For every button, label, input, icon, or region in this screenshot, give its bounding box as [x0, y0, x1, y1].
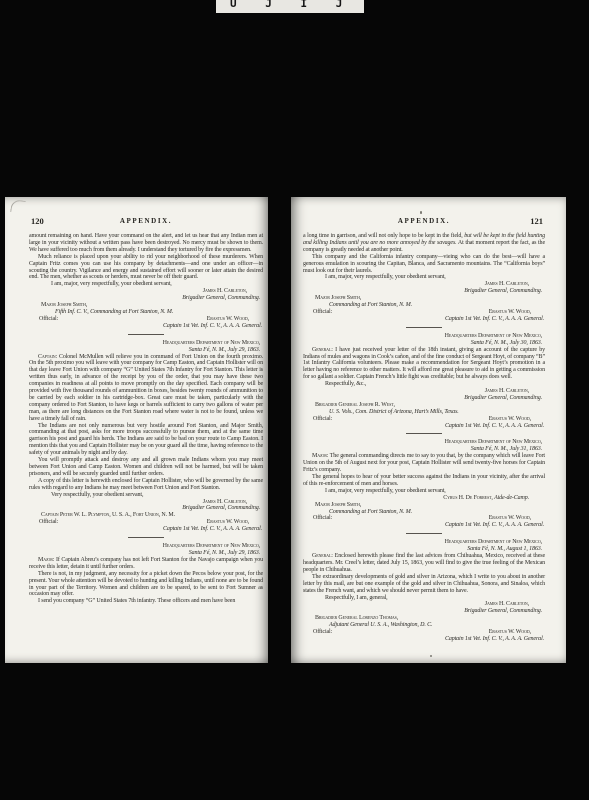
closing-line: I am, major, very respectfully, your obe… [303, 488, 545, 495]
addressee-line: Major Joseph Smith, [29, 302, 263, 309]
official-title: Captain 1st Vet. Inf. C. V., A. A. A. Ge… [332, 522, 545, 529]
official-attestation: Official:Erastus W. Wood,Captain 1st Vet… [303, 515, 545, 529]
signature-title: Brigadier General, Commanding. [303, 608, 545, 615]
text-run: I have just received your letter of the … [303, 347, 545, 381]
scan-speck [430, 655, 432, 657]
official-title: Captain 1st Vet. Inf. C. V., A. A. A. Ge… [332, 636, 545, 643]
scanned-book-spread: U J I J 120 APPENDIX. amount remaining o… [0, 0, 589, 800]
official-signature: Erastus W. Wood,Captain 1st Vet. Inf. C.… [332, 515, 545, 529]
text-run: amount remaining on hand. Have your comm… [29, 233, 263, 253]
paragraph: Major: The general commanding directs me… [303, 453, 545, 474]
addressee-line: Adjutant General U. S. A., Washington, D… [303, 622, 545, 629]
letterhead-date: Santa Fé, N. M., July 31, 1863. [303, 446, 542, 453]
official-signature: Erastus W. Wood,Captain 1st Vet. Inf. C.… [58, 519, 263, 533]
addressee-line: Brigadier General Lorenzo Thomas, [303, 615, 545, 622]
addressee-line: Commanding at Fort Stanton, N. M. [303, 302, 545, 309]
letterhead-date: Santa Fé, N. M., July 29, 1863. [29, 347, 260, 354]
official-attestation: Official:Erastus W. Wood,Captain 1st Vet… [303, 629, 545, 643]
text-run: The general hopes to hear of your better… [303, 474, 545, 487]
signature-title: Brigadier General, Commanding. [303, 395, 545, 402]
official-attestation: Official:Erastus W. Wood,Captain 1st Vet… [303, 309, 545, 323]
letterhead-line: Headquarters Department of New Mexico, [303, 333, 542, 340]
section-divider-rule [128, 537, 164, 538]
paragraph: Major: If Captain Abreu’s company has no… [29, 557, 263, 571]
addressee-line: Major Joseph Smith, [303, 295, 545, 302]
scan-artifact-corner [10, 199, 26, 214]
official-label: Official: [303, 309, 332, 316]
text-run: The Indians are not only numerous but ve… [29, 423, 263, 457]
text-run: Much reliance is placed upon your abilit… [29, 254, 263, 281]
addressee-line: Commanding at Fort Stanton, N. M. [303, 509, 545, 516]
letterhead-date: Santa Fé, N. M., July 30, 1863. [303, 340, 542, 347]
signature-block: James H. Carleton,Brigadier General, Com… [303, 388, 545, 402]
page-header-left: 120 APPENDIX. [29, 217, 263, 233]
text-run: Captain: [38, 354, 59, 360]
official-name: Erastus W. Wood, [332, 309, 545, 316]
paragraph: Captain: Colonel McMullen will relieve y… [29, 354, 263, 423]
official-attestation: Official:Erastus W. Wood,Captain 1st Vet… [29, 519, 263, 533]
letterhead-dateline: Headquarters Department of New Mexico,Sa… [29, 543, 263, 557]
signature-title: Brigadier General, Commanding. [303, 288, 545, 295]
text-run: General: [312, 553, 335, 559]
section-divider-rule [406, 327, 442, 328]
page-number-right: 121 [530, 216, 543, 226]
signature-block: James H. Carleton,Brigadier General, Com… [29, 288, 263, 302]
closing-line: Respectfully, &c., [303, 381, 545, 388]
letterhead-dateline: Headquarters Department of New Mexico,Sa… [29, 340, 263, 354]
signature-name: James H. Carleton, [303, 281, 545, 288]
addressee-block: Brigadier General Joseph R. West,U. S. V… [303, 402, 545, 416]
paragraph: Much reliance is placed upon your abilit… [29, 254, 263, 282]
paragraph: The Indians are not only numerous but ve… [29, 423, 263, 458]
signature-block: James H. Carleton,Brigadier General, Com… [303, 601, 545, 615]
addressee-line: Fifth Inf. C. V., Commanding at Fort Sta… [29, 309, 263, 316]
closing-line: Very respectfully, your obedient servant… [29, 492, 263, 499]
film-edge-marks: U J I J [230, 0, 364, 10]
text-run: The general commanding directs me to say… [303, 453, 545, 473]
closing-line: I am, major, very respectfully, your obe… [29, 281, 263, 288]
text-run: There is not, in my judgment, any necess… [29, 571, 263, 598]
text-run: A copy of this letter is herewith enclos… [29, 478, 263, 491]
official-name: Erastus W. Wood, [332, 416, 545, 423]
paragraph: General: I have just received your lette… [303, 347, 545, 382]
addressee-line: Brigadier General Joseph R. West, [303, 402, 545, 409]
paragraph: The extraordinary developments of gold a… [303, 574, 545, 595]
page-text-column-left: amount remaining on hand. Have your comm… [29, 233, 263, 605]
text-run: General: [312, 347, 335, 353]
addressee-block: Major Joseph Smith,Commanding at Fort St… [303, 502, 545, 516]
official-label: Official: [29, 519, 58, 526]
text-run: The extraordinary developments of gold a… [303, 574, 545, 594]
paragraph: The general hopes to hear of your better… [303, 474, 545, 488]
official-label: Official: [303, 629, 332, 636]
page-header-right: APPENDIX. 121 [303, 217, 545, 233]
paragraph: General: Enclosed herewith please find t… [303, 553, 545, 574]
signature-name: James H. Carleton, [303, 388, 545, 395]
addressee-block: Major Joseph Smith,Fifth Inf. C. V., Com… [29, 302, 263, 316]
official-signature: Erastus W. Wood,Captain 1st Vet. Inf. C.… [332, 416, 545, 430]
letterhead-line: Headquarters Department of New Mexico, [303, 539, 542, 546]
scan-speck [420, 211, 422, 214]
official-title: Captain 1st Vet. Inf. C. V., A. A. A. Ge… [332, 423, 545, 430]
paragraph: There is not, in my judgment, any necess… [29, 571, 263, 599]
official-name: Erastus W. Wood, [58, 316, 263, 323]
signature-block: James H. Carleton,Brigadier General, Com… [29, 499, 263, 513]
letterhead-date: Santa Fé, N. M., July 29, 1863. [29, 550, 260, 557]
letterhead-line: Headquarters Department of New Mexico, [29, 340, 260, 347]
paragraph: amount remaining on hand. Have your comm… [29, 233, 263, 254]
letterhead-dateline: Headquarters Department of New Mexico,Sa… [303, 539, 545, 553]
book-page-right: APPENDIX. 121 a long time in garrison, a… [291, 197, 566, 663]
official-attestation: Official:Erastus W. Wood,Captain 1st Vet… [29, 316, 263, 330]
paragraph: You will promptly attack and destroy any… [29, 457, 263, 478]
addressee-line: U. S. Vols., Com. District of Arizona, H… [303, 409, 545, 416]
addressee-line: Captain Peter W. L. Plympton, U. S. A., … [29, 512, 263, 519]
text-run: Colonel McMullen will relieve you in com… [29, 354, 263, 422]
closing-line: I am, major, very respectfully, your obe… [303, 274, 545, 281]
official-label: Official: [303, 515, 332, 522]
section-divider-rule [406, 533, 442, 534]
official-signature: Erastus W. Wood,Captain 1st Vet. Inf. C.… [332, 629, 545, 643]
paragraph: A copy of this letter is herewith enclos… [29, 478, 263, 492]
official-title: Captain 1st Vet. Inf. C. V., A. A. A. Ge… [58, 526, 263, 533]
signature-title: Brigadier General, Commanding. [29, 505, 263, 512]
signature-name: James H. Carleton, [303, 601, 545, 608]
official-attestation: Official:Erastus W. Wood,Captain 1st Vet… [303, 416, 545, 430]
closing-line: Respectfully, I am, general, [303, 595, 545, 602]
signature-block: James H. Carleton,Brigadier General, Com… [303, 281, 545, 295]
text-run: I send you company “G” United States 7th… [38, 598, 235, 604]
running-head-left: APPENDIX. [29, 217, 263, 225]
letterhead-dateline: Headquarters Department of New Mexico,Sa… [303, 439, 545, 453]
official-title: Captain 1st Vet. Inf. C. V., A. A. A. Ge… [58, 323, 263, 330]
paragraph: This company and the California infantry… [303, 254, 545, 275]
signature-title: Brigadier General, Commanding. [29, 295, 263, 302]
official-signature: Erastus W. Wood,Captain 1st Vet. Inf. C.… [332, 309, 545, 323]
text-run: Enclosed herewith please find the last a… [303, 553, 545, 573]
addressee-block: Major Joseph Smith,Commanding at Fort St… [303, 295, 545, 309]
signature-name: James H. Carleton, [29, 288, 263, 295]
paragraph: I send you company “G” United States 7th… [29, 598, 263, 605]
official-name: Erastus W. Wood, [332, 629, 545, 636]
text-run: Major: [312, 453, 330, 459]
section-divider-rule [128, 334, 164, 335]
text-run: You will promptly attack and destroy any… [29, 457, 263, 477]
addressee-line: Major Joseph Smith, [303, 502, 545, 509]
text-run: Major: [38, 557, 56, 563]
addressee-block: Captain Peter W. L. Plympton, U. S. A., … [29, 512, 263, 519]
running-head-right: APPENDIX. [303, 217, 545, 225]
film-edge-strip: U J I J [216, 0, 364, 13]
section-divider-rule [406, 433, 442, 434]
addressee-block: Brigadier General Lorenzo Thomas,Adjutan… [303, 615, 545, 629]
signature-title: Aide-de-Camp. [493, 495, 529, 501]
official-signature: Erastus W. Wood,Captain 1st Vet. Inf. C.… [58, 316, 263, 330]
text-run: This company and the California infantry… [303, 254, 545, 274]
book-page-left: 120 APPENDIX. amount remaining on hand. … [5, 197, 268, 663]
official-label: Official: [29, 316, 58, 323]
paragraph: a long time in garrison, and will not on… [303, 233, 545, 254]
official-label: Official: [303, 416, 332, 423]
letterhead-line: Headquarters Department of New Mexico, [303, 439, 542, 446]
signature-block: Cyrus H. De Forrest, Aide-de-Camp. [303, 495, 545, 502]
letterhead-line: Headquarters Department of New Mexico, [29, 543, 260, 550]
signature-name: James H. Carleton, [29, 499, 263, 506]
text-run: a long time in garrison, and will not on… [303, 233, 464, 239]
text-run: If Captain Abreu’s company has not left … [29, 557, 263, 570]
page-text-column-right: a long time in garrison, and will not on… [303, 233, 545, 643]
letterhead-dateline: Headquarters Department of New Mexico,Sa… [303, 333, 545, 347]
official-title: Captain 1st Vet. Inf. C. V., A. A. A. Ge… [332, 316, 545, 323]
signature-name: Cyrus H. De Forrest, Aide-de-Camp. [303, 495, 545, 502]
